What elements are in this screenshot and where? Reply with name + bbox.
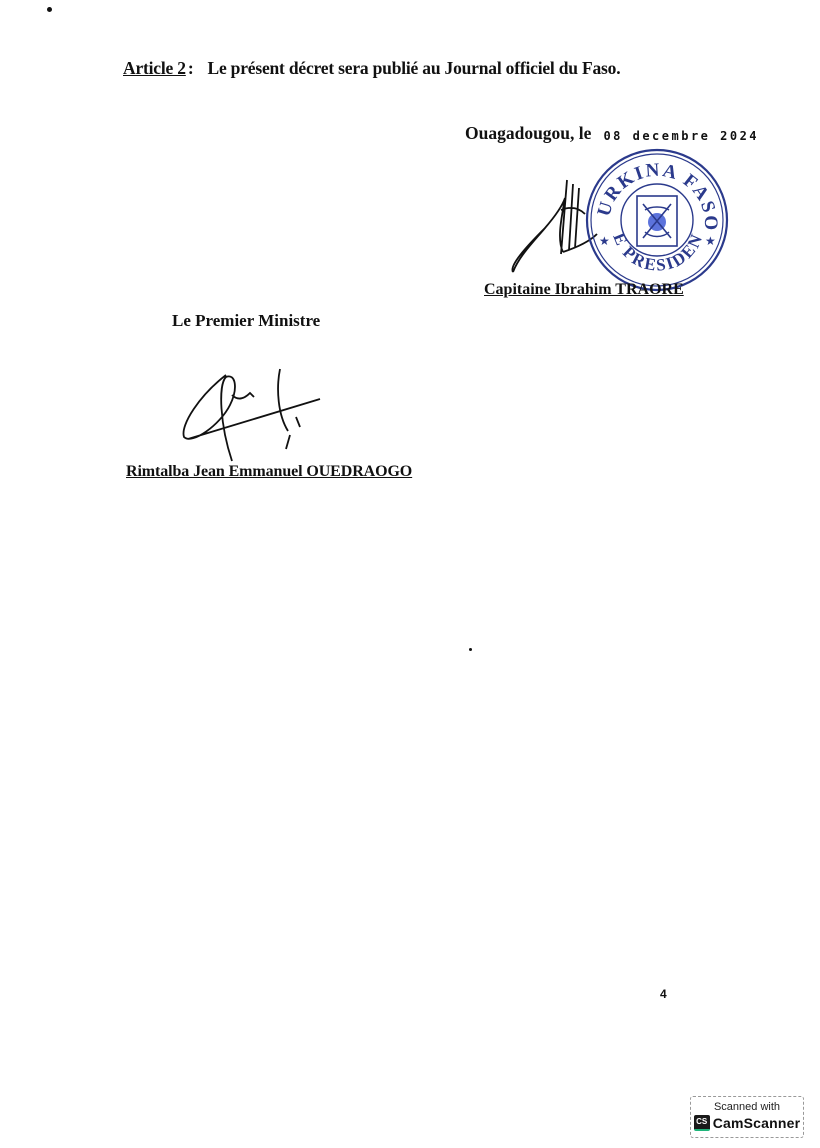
- svg-text:★: ★: [599, 234, 610, 248]
- scan-artifact-dot: [469, 648, 472, 651]
- president-signature: [505, 170, 595, 280]
- prime-minister-signature: [180, 365, 330, 465]
- camscanner-brand: CamScanner: [713, 1115, 801, 1131]
- article-text: Le présent décret sera publié au Journal…: [207, 58, 620, 78]
- page-number: 4: [660, 987, 667, 1001]
- scan-artifact-dot: [47, 7, 52, 12]
- signing-place-date: Ouagadougou, le08 decembre 2024: [465, 123, 759, 144]
- date-stamp: 08 decembre 2024: [603, 129, 759, 143]
- prime-minister-title: Le Premier Ministre: [172, 311, 320, 331]
- svg-text:★: ★: [705, 234, 716, 248]
- camscanner-badge: Scanned with CS CamScanner: [690, 1096, 804, 1138]
- article-colon: :: [188, 58, 194, 78]
- presidential-seal: BURKINA FASO LE PRESIDENT ★ ★: [585, 148, 730, 293]
- president-name: Capitaine Ibrahim TRAORE: [484, 281, 684, 299]
- scanned-with-label: Scanned with: [691, 1101, 803, 1113]
- signing-place: Ouagadougou, le: [465, 123, 591, 143]
- camscanner-logo-icon: CS: [694, 1115, 710, 1131]
- article-2: Article 2:Le présent décret sera publié …: [123, 58, 620, 79]
- article-label: Article 2: [123, 58, 186, 78]
- prime-minister-name: Rimtalba Jean Emmanuel OUEDRAOGO: [126, 463, 412, 481]
